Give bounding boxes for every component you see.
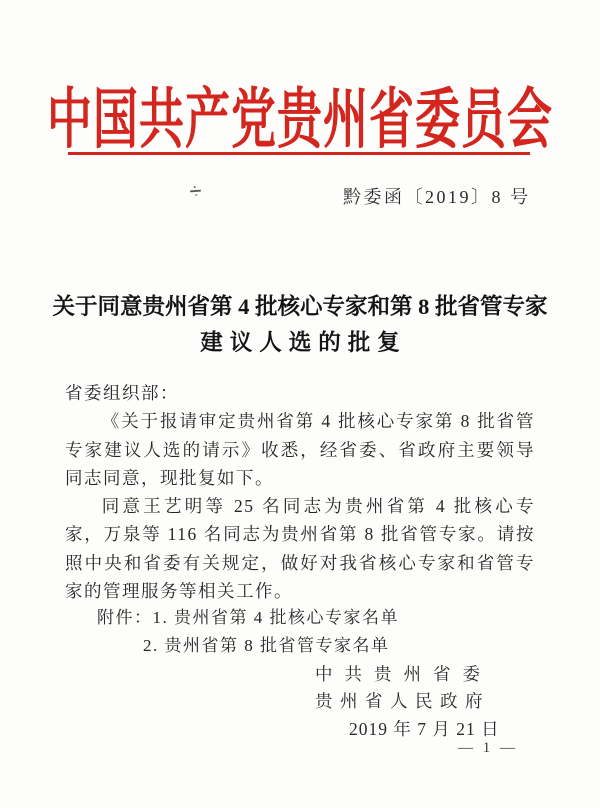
- letterhead-divider-line: [68, 152, 530, 155]
- attachments-label: 附件：: [97, 608, 153, 627]
- document-title-line1: 关于同意贵州省第 4 批核心专家和第 8 批省管专家: [0, 289, 600, 325]
- attachments-block: 附件：1. 贵州省第 4 批核心专家名单 2. 贵州省第 8 批省管专家名单: [97, 604, 399, 660]
- document-body: 省委组织部： 《关于报请审定贵州省第 4 批核心专家第 8 批省管专家建议人选的…: [65, 379, 535, 605]
- letterhead-org-name: 中国共产党贵州省委员会: [0, 66, 600, 160]
- signature-block: 中共贵州省委 贵州省人民政府 2019 年 7 月 21 日: [315, 661, 500, 743]
- attachment-item-1: 1. 贵州省第 4 批核心专家名单: [153, 608, 400, 627]
- attachment-line-1: 附件：1. 贵州省第 4 批核心专家名单: [97, 604, 399, 632]
- signature-org-party-committee: 中共贵州省委: [315, 661, 500, 688]
- page-number: — 1 —: [458, 740, 518, 757]
- body-paragraph-1: 《关于报请审定贵州省第 4 批核心专家第 8 批省管专家建议人选的请示》收悉，经…: [65, 407, 535, 492]
- document-page: 中国共产党贵州省委员会 黔委函〔2019〕8 号 关于同意贵州省第 4 批核心专…: [0, 0, 600, 808]
- document-number: 黔委函〔2019〕8 号: [343, 183, 531, 209]
- body-paragraph-2: 同意王艺明等 25 名同志为贵州省第 4 批核心专家，万泉等 116 名同志为贵…: [65, 492, 535, 605]
- attachment-line-2: 2. 贵州省第 8 批省管专家名单: [97, 632, 399, 660]
- document-title: 关于同意贵州省第 4 批核心专家和第 8 批省管专家 建议人选的批复: [0, 289, 600, 361]
- attachment-item-2: 2. 贵州省第 8 批省管专家名单: [143, 636, 390, 655]
- signature-org-provincial-government: 贵州省人民政府: [315, 688, 500, 715]
- scan-smudge-mark: [190, 190, 201, 193]
- salutation: 省委组织部：: [65, 379, 535, 407]
- document-title-line2: 建议人选的批复: [0, 325, 600, 361]
